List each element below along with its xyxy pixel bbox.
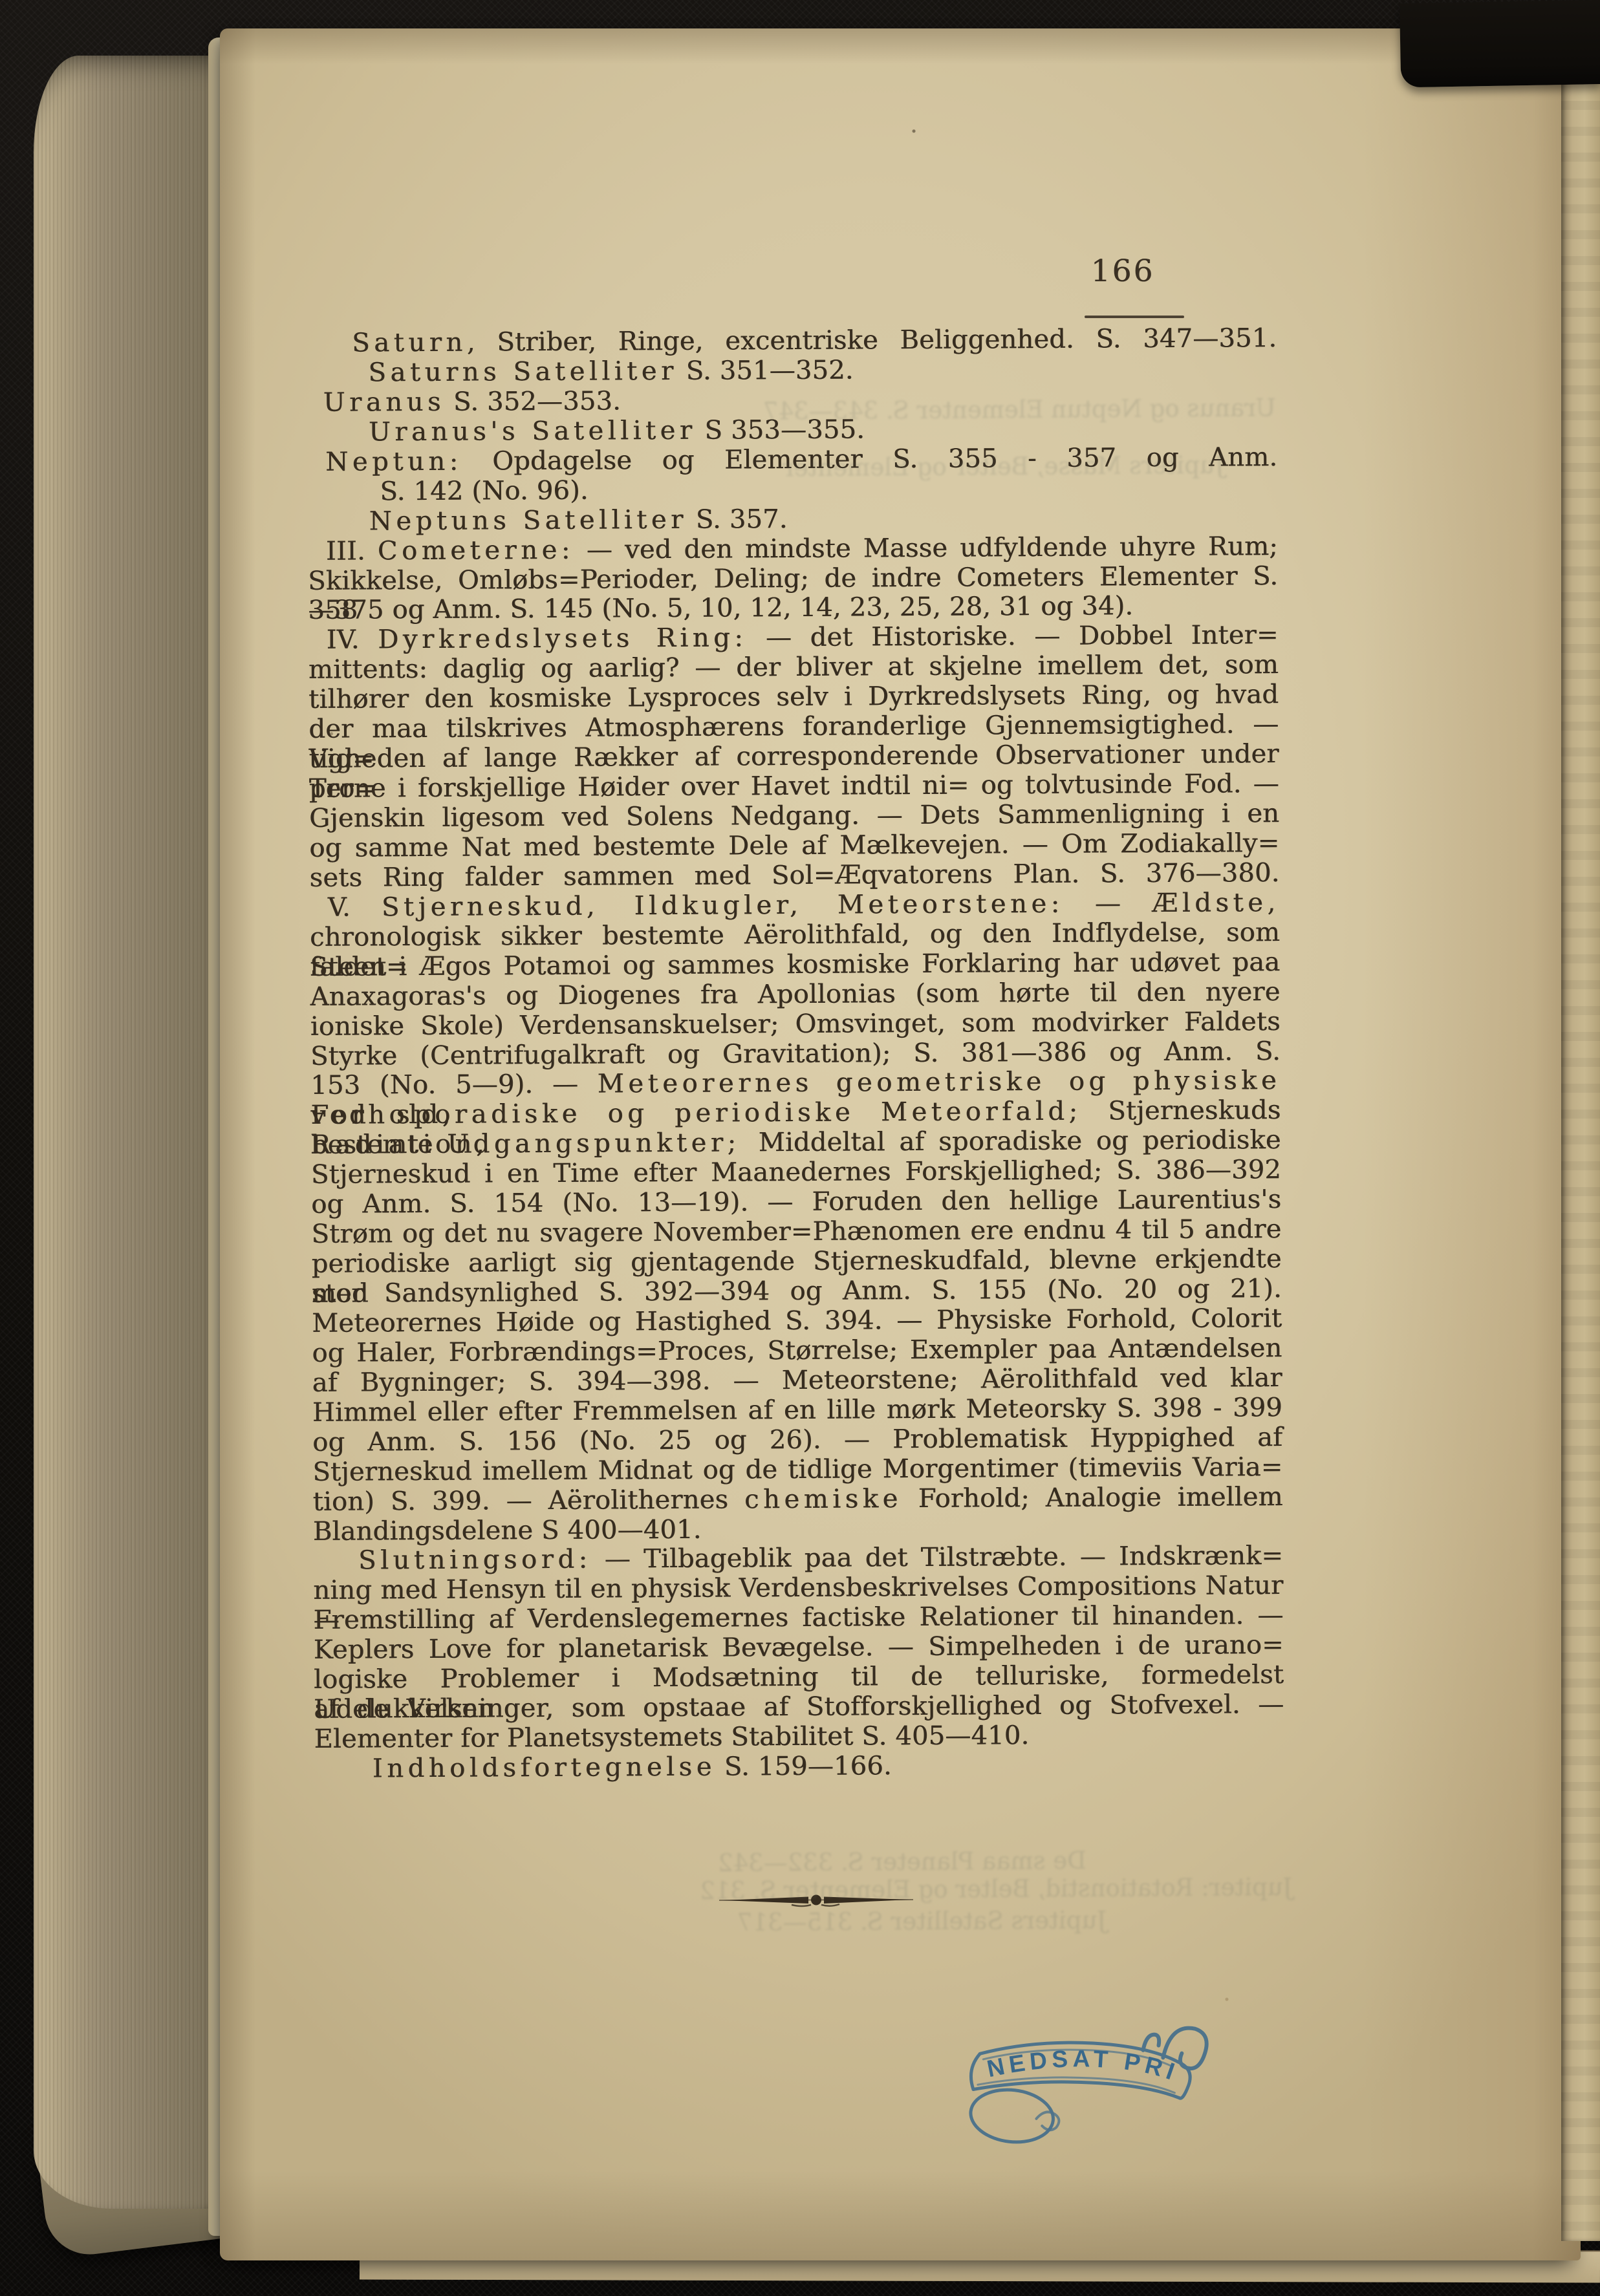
toc-text: —375 og Anm. S. 145 (No. 5, 10, 12, 14, … — [308, 592, 1133, 626]
toc-line: Saturns Satelliter S. 351—352. — [307, 354, 1277, 389]
toc-text: af Bygninger; S. 394—398. — Meteorstene;… — [312, 1363, 1282, 1398]
letterspaced-heading-text: Saturn — [352, 328, 467, 358]
toc-text: Himmel eller efter Fremmelsen af en lill… — [312, 1393, 1282, 1428]
show-through-ghost-text: Jupiter: Rotationstid, Belter og Element… — [700, 1873, 1293, 1905]
toc-text: Meteorernes Høide og Hastighed S. 394. —… — [312, 1304, 1282, 1338]
letterspaced-heading-text: Indholdsfortegnelse — [373, 1752, 716, 1784]
toc-text: tion) S. 399. — Aërolithernes — [312, 1485, 744, 1516]
toc-text: Styrke (Centrifugalkraft og Gravitation)… — [310, 1036, 1281, 1071]
letterspaced-heading-text: Dyrkredslysets Ring: — [378, 623, 747, 655]
scanned-book-photo: 166 Saturn, Striber, Ringe, excentriske … — [0, 0, 1600, 2296]
letterspaced-heading-text: Udgangspunkter; — [447, 1128, 759, 1160]
letterspaced-heading-text: ved sporadiske og periodiske Meteorfald; — [310, 1097, 1108, 1130]
toc-line: Saturn, Striber, Ringe, excentriske Beli… — [307, 324, 1277, 359]
toc-text: mittents: daglig og aarlig? — der bliver… — [308, 650, 1279, 685]
toc-text: og samme Nat med bestemte Dele af Mælkev… — [309, 828, 1279, 863]
toc-text: S. 357. — [687, 504, 788, 535]
toc-text: S. 159—166. — [716, 1751, 892, 1781]
toc-line: Indholdsfortegnelse S. 159—166. — [314, 1750, 1284, 1785]
letterspaced-heading-text: Stjerneskud, Ildkugler, Meteorstene: — [382, 889, 1064, 923]
toc-text: Forhold; Analogie imellem — [902, 1482, 1283, 1514]
letterspaced-heading-text: Ældste, — [1152, 888, 1280, 918]
letterspaced-heading-text: Uranus — [323, 387, 446, 418]
toc-line: af de Virkninger, som opstaae af Stoffor… — [314, 1690, 1284, 1725]
letterspaced-heading-text: Slutningsord: — [358, 1545, 592, 1576]
toc-text: — Tilbageblik paa det Tilstræbte. — Inds… — [592, 1541, 1284, 1575]
page-number: 166 — [1066, 253, 1180, 289]
toc-text: perne i forskjellige Høider over Havet i… — [309, 769, 1279, 804]
toc-text: 153 (No. 5—9). — — [310, 1069, 598, 1100]
toc-text: Stjerneskud imellem Midnat og de tidlige… — [312, 1452, 1282, 1487]
toc-text: og Anm. S. 156 (No. 25 og 26). — Problem… — [312, 1422, 1282, 1457]
letterspaced-heading-text: Saturns Satelliter — [368, 356, 677, 388]
toc-text: tilhører den kosmiske Lysproces selv i D… — [308, 680, 1279, 714]
toc-text: Anaxagoras's og Diogenes fra Apollonias … — [310, 977, 1280, 1012]
toc-text: V. — [328, 892, 382, 922]
toc-text: S. 352—353. — [445, 386, 621, 416]
toc-text: S. 142 (No. 96). — [380, 475, 589, 506]
toc-text: — — [1064, 888, 1152, 919]
toc-text: Strøm og det nu svagere November=Phænome… — [311, 1214, 1281, 1249]
toc-text: IV. — [327, 625, 378, 655]
toc-text: af de Virkninger, som opstaae af Stoffor… — [314, 1690, 1284, 1724]
letterspaced-heading-text: Neptuns Satelliter — [369, 504, 687, 536]
book-cover-corner — [1400, 0, 1600, 87]
toc-text: Elementer for Planetsystemets Stabilitet… — [314, 1721, 1029, 1754]
toc-text: stor Sandsynlighed S. 392—394 og Anm. S.… — [312, 1274, 1282, 1309]
toc-text: Blandingsdelene S 400—401. — [313, 1514, 702, 1546]
show-through-ghost-text: Jupiters Satelliter S. 315—317 — [737, 1906, 1107, 1937]
toc-text: faldet i Ægos Potamoi og sammes kosmiske… — [310, 947, 1280, 982]
toc-text: Gjenskin ligesom ved Solens Nedgang. — D… — [309, 799, 1279, 833]
toc-text: sets Ring falder sammen med Sol=Æqvatore… — [309, 858, 1279, 893]
page-stack-fore-edge — [34, 56, 222, 2209]
show-through-ghost-text: Jupiters Masse, Belter og Elementer — [783, 451, 1225, 482]
toc-text-block: Saturn, Striber, Ringe, excentriske Beli… — [307, 324, 1284, 1785]
toc-text: bestemte — [311, 1130, 448, 1160]
toc-text: og Haler, Forbrændings=Proces, Størrelse… — [312, 1333, 1282, 1368]
torn-page-right-edge — [1561, 75, 1600, 2241]
toc-text: — det Historiske. — Dobbel Inter= — [747, 620, 1278, 652]
toc-text: Stjerneskud i en Time efter Maanedernes … — [311, 1155, 1281, 1190]
show-through-ghost-text: Uranus og Neptun Elementer S. 343—347 — [763, 394, 1276, 425]
letterspaced-heading-text: chemiske — [744, 1484, 902, 1514]
letterspaced-heading-text: Cometerne: — [378, 535, 574, 566]
toc-text: Middeltal af sporadiske og periodiske — [759, 1125, 1281, 1157]
toc-text: og Anm. S. 154 (No. 13—19). — Foruden de… — [311, 1185, 1281, 1219]
toc-text: S. 351—352. — [678, 355, 854, 385]
stamp-right-curl — [1162, 2025, 1208, 2070]
toc-text: Fremstilling af Verdenslegemernes factis… — [313, 1600, 1283, 1635]
toc-text: Keplers Love for planetarisk Bevægelse. … — [314, 1630, 1284, 1665]
show-through-ghost-text: De smaa Planeter S. 332—342 — [718, 1847, 1086, 1877]
toc-text: ioniske Skole) Verdensanskuelser; Omsvin… — [310, 1007, 1281, 1042]
toc-text: — ved den mindste Masse udfyldende uhyre… — [574, 531, 1278, 565]
stamp-lower-loop — [968, 2086, 1056, 2147]
price-stamp: NEDSAT PRIIS — [957, 1984, 1226, 2174]
toc-text: Stjerneskuds — [1108, 1095, 1281, 1126]
toc-line: tion) S. 399. — Aërolithernes chemiske F… — [312, 1483, 1282, 1518]
letterspaced-heading-text: Neptun: — [325, 446, 462, 477]
toc-text: , Striber, Ringe, excentriske Beliggenhe… — [467, 323, 1277, 358]
toc-line: Elementer for Planetsystemets Stabilitet… — [314, 1720, 1284, 1755]
letterspaced-heading-text: Uranus's Satelliter — [369, 416, 697, 447]
toc-text: III. — [326, 536, 378, 566]
page-number-rule — [1085, 316, 1184, 318]
